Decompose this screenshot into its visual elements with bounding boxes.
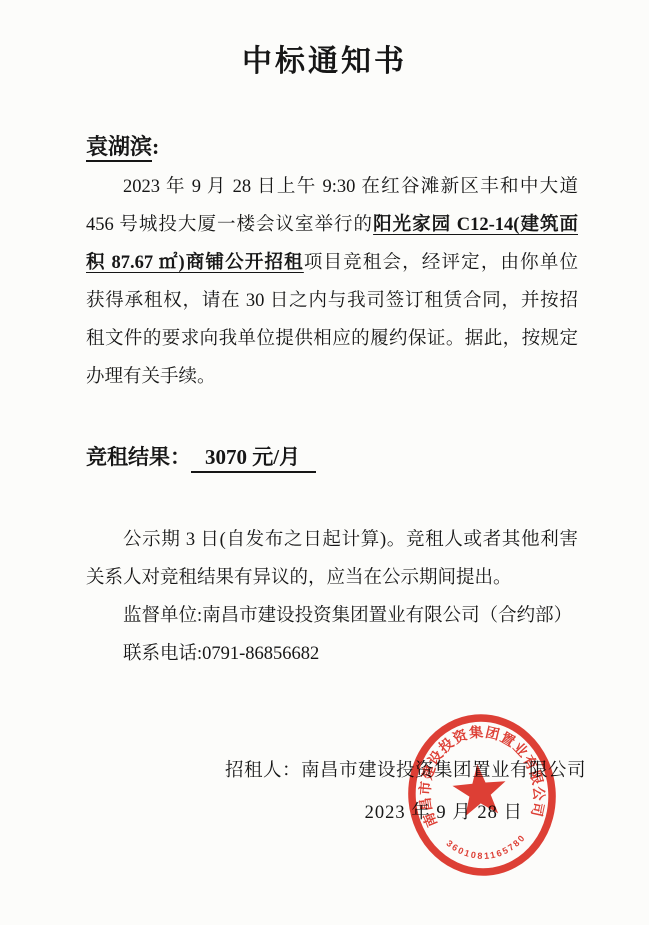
supervisor-line: 监督单位:南昌市建设投资集团置业有限公司（合约部） xyxy=(86,597,578,635)
body-text: 获得承租权，请在 30 日之内与我司签订租赁合同，并按招 xyxy=(86,291,578,311)
notice-text: 公示期 3 日(自发布之日起计算)。竞租人或者其他利害 xyxy=(123,530,578,550)
contact-phone-line: 联系电话:0791-86856682 xyxy=(86,635,578,673)
body-line: 办理有关手续。 xyxy=(86,358,578,396)
body-line: 获得承租权，请在 30 日之内与我司签订租赁合同，并按招 xyxy=(86,282,578,320)
recipient-colon: : xyxy=(152,134,159,159)
bid-result-value: 3070 元/月 xyxy=(191,445,316,473)
bid-result-line: 竞租结果：3070 元/月 xyxy=(86,441,316,471)
notice-text: 关系人对竞租结果有异议的，应当在公示期间提出。 xyxy=(86,568,512,588)
body-line: 积 87.67 ㎡)商铺公开招租项目竞租会，经评定，由你单位 xyxy=(86,244,578,282)
body-text: 办理有关手续。 xyxy=(86,367,216,387)
company-seal: 南昌市建设投资集团置业有限公司 3601081165780 xyxy=(402,708,566,884)
document-title: 中标通知书 xyxy=(0,36,649,80)
body-text: 2023 年 9 月 28 日上午 9:30 在红谷滩新区丰和中大道 xyxy=(123,177,578,197)
body-text: 租文件的要求向我单位提供相应的履约保证。据此，按规定 xyxy=(86,329,578,349)
body-text: 项目竞租会，经评定，由你单位 xyxy=(304,253,578,273)
body-text-underlined: 阳光家园 C12-14(建筑面 xyxy=(373,215,578,235)
body-text: 456 号城投大厦一楼会议室举行的 xyxy=(86,215,373,235)
seal-star-icon xyxy=(451,762,508,817)
body-text-underlined: 积 87.67 ㎡)商铺公开招租 xyxy=(86,253,304,273)
recipient-name: 袁湖滨 xyxy=(86,134,152,162)
contact-phone-text: 联系电话:0791-86856682 xyxy=(123,644,319,664)
supervisor-text: 监督单位:南昌市建设投资集团置业有限公司（合约部） xyxy=(123,606,572,626)
notice-paragraph: 公示期 3 日(自发布之日起计算)。竞租人或者其他利害 关系人对竞租结果有异议的… xyxy=(86,521,578,673)
body-paragraph: 2023 年 9 月 28 日上午 9:30 在红谷滩新区丰和中大道 456 号… xyxy=(86,168,578,396)
recipient-line: 袁湖滨: xyxy=(86,130,159,161)
body-line: 2023 年 9 月 28 日上午 9:30 在红谷滩新区丰和中大道 xyxy=(86,168,578,206)
document-page: 中标通知书 袁湖滨: 2023 年 9 月 28 日上午 9:30 在红谷滩新区… xyxy=(0,0,649,925)
bid-result-label: 竞租结果： xyxy=(86,445,191,469)
body-line: 456 号城投大厦一楼会议室举行的阳光家园 C12-14(建筑面 xyxy=(86,206,578,244)
notice-line: 公示期 3 日(自发布之日起计算)。竞租人或者其他利害 xyxy=(86,521,578,559)
notice-line: 关系人对竞租结果有异议的，应当在公示期间提出。 xyxy=(86,559,578,597)
body-line: 租文件的要求向我单位提供相应的履约保证。据此，按规定 xyxy=(86,320,578,358)
